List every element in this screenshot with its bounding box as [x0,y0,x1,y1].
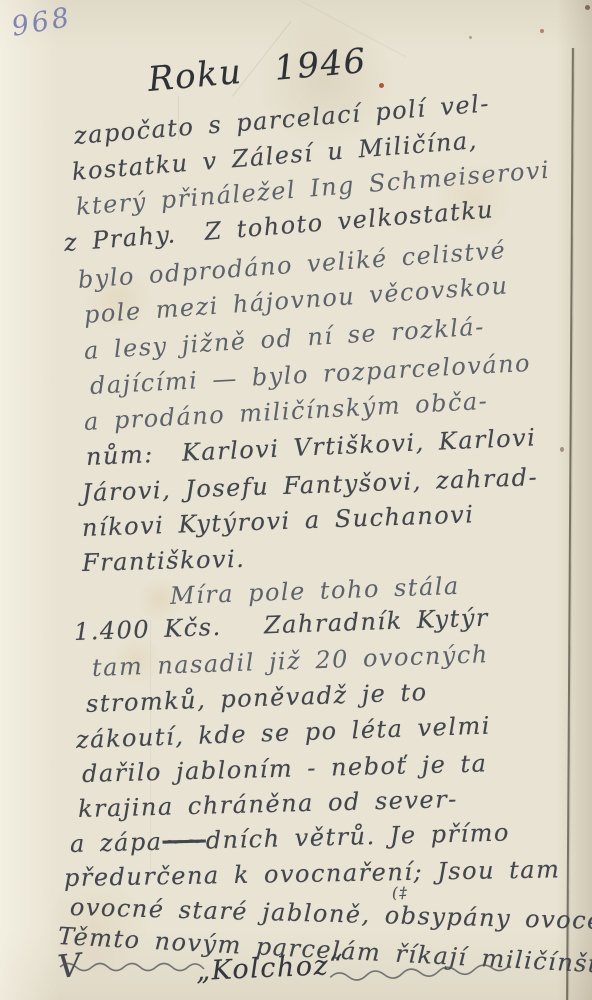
paper-stain [469,36,472,39]
text-after-strike: dních větrů. Je přímo [205,818,510,854]
paper-stain [585,5,590,10]
manuscript-line: stromků, poněvadž je to [86,678,429,718]
manuscript-line: Míra pole toho stála [170,572,461,610]
struck-text: ~~ [162,826,206,855]
year-heading: Roku 1946 [146,41,368,100]
manuscript-line: tam nasadil již 20 ovocných [92,640,490,682]
manuscript-page: 968 Roku 1946 započato s parcelací polí … [0,0,592,1000]
text-before-strike: a zápa [70,828,163,858]
manuscript-line: zákoutí, kde se po léta velmi [76,712,492,754]
manuscript-line: 1.400 Kčs. Zahradník Kytýr [74,604,490,646]
paper-stain [560,447,564,452]
manuscript-line-corrected: a zápa~~dních větrů. Je přímo [70,818,511,858]
manuscript-line: předurčena k ovocnaření; Jsou tam [64,855,561,892]
wavy-underline [58,958,218,974]
paper-stain [379,83,384,88]
manuscript-line: dařilo jabloním - neboť je ta [82,749,488,788]
manuscript-line: níkovi Kytýrovi a Suchanovi [82,500,475,542]
paper-stain [540,29,544,33]
manuscript-line: Františkovi. [82,545,246,577]
insertion-mark: (‡ [392,883,409,902]
manuscript-line: krajina chráněna od sever- [78,785,458,823]
margin-rule-line [566,48,573,1000]
page-number: 968 [9,2,74,43]
